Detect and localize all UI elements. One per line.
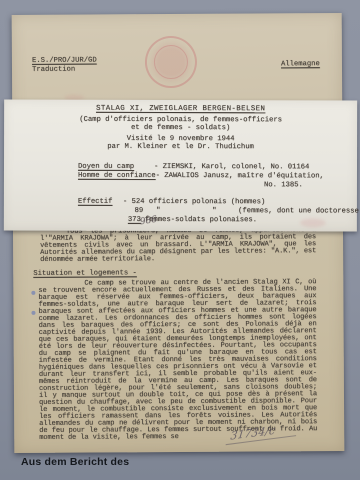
confiance-row: Homme de confiance- ZAWALIOS Janusz, maî… bbox=[78, 172, 357, 182]
effectif-women-soldiers-text: femmes-soldats polonaises. bbox=[145, 216, 257, 225]
report-subtitle-line2: et de femmes - soldats) bbox=[4, 124, 357, 134]
penciled-total: 986 bbox=[139, 215, 158, 228]
stamp-inner-ring bbox=[154, 45, 188, 79]
overlay-slip: STALAG XI, ZWEIGLAGER BERGEN-BELSEN (Cam… bbox=[4, 100, 357, 232]
confiance-value: - ZAWALIOS Janusz, maître d'équitation, bbox=[156, 172, 324, 182]
photo-caption: Aus dem Bericht des bbox=[21, 456, 129, 468]
effectif-label: Effectif bbox=[78, 197, 123, 206]
confiance-number-row: No. 1385. bbox=[264, 182, 357, 191]
confiance-label: Homme de confiance bbox=[78, 172, 156, 181]
paragraph-situation: Ce camp se trouve au centre de l'ancien … bbox=[38, 279, 317, 442]
effectif-row: Effectif- 524 officiers polonais (hommes… bbox=[78, 197, 357, 207]
blue-dot-mark bbox=[31, 291, 35, 295]
section-heading: Situation et logements - bbox=[33, 269, 137, 278]
country-label: Allemagne bbox=[281, 60, 320, 68]
report-title: STALAG XI, ZWEIGLAGER BERGEN-BELSEN bbox=[4, 105, 357, 115]
effectif-officers-men: - 524 officiers polonais (hommes) bbox=[123, 197, 265, 207]
document-reference: E.S./PRO/JUR/GD bbox=[32, 56, 97, 65]
camp-officials-block: Doyen du camp- ZIEMSKI, Karol, colonel, … bbox=[78, 163, 357, 226]
visit-delegates-line: par M. Kleiner et le Dr. Thudichum bbox=[4, 143, 357, 153]
confiance-number: No. 1385. bbox=[264, 182, 303, 191]
blue-dot-mark bbox=[31, 311, 35, 315]
paragraph-prisoners: Tous les prisonniers, hommes et femmes, … bbox=[40, 227, 316, 264]
red-circular-stamp-icon bbox=[145, 36, 197, 88]
document-header-left: E.S./PRO/JUR/GD Traduction bbox=[32, 56, 97, 73]
stamp-smudge bbox=[300, 218, 326, 227]
doyen-label: Doyen du camp bbox=[78, 163, 154, 172]
photo-backdrop: E.S./PRO/JUR/GD Traduction Allemagne Tou… bbox=[0, 0, 360, 480]
document-page: E.S./PRO/JUR/GD Traduction Allemagne Tou… bbox=[12, 13, 345, 453]
document-reference-sub: Traduction bbox=[32, 65, 97, 74]
